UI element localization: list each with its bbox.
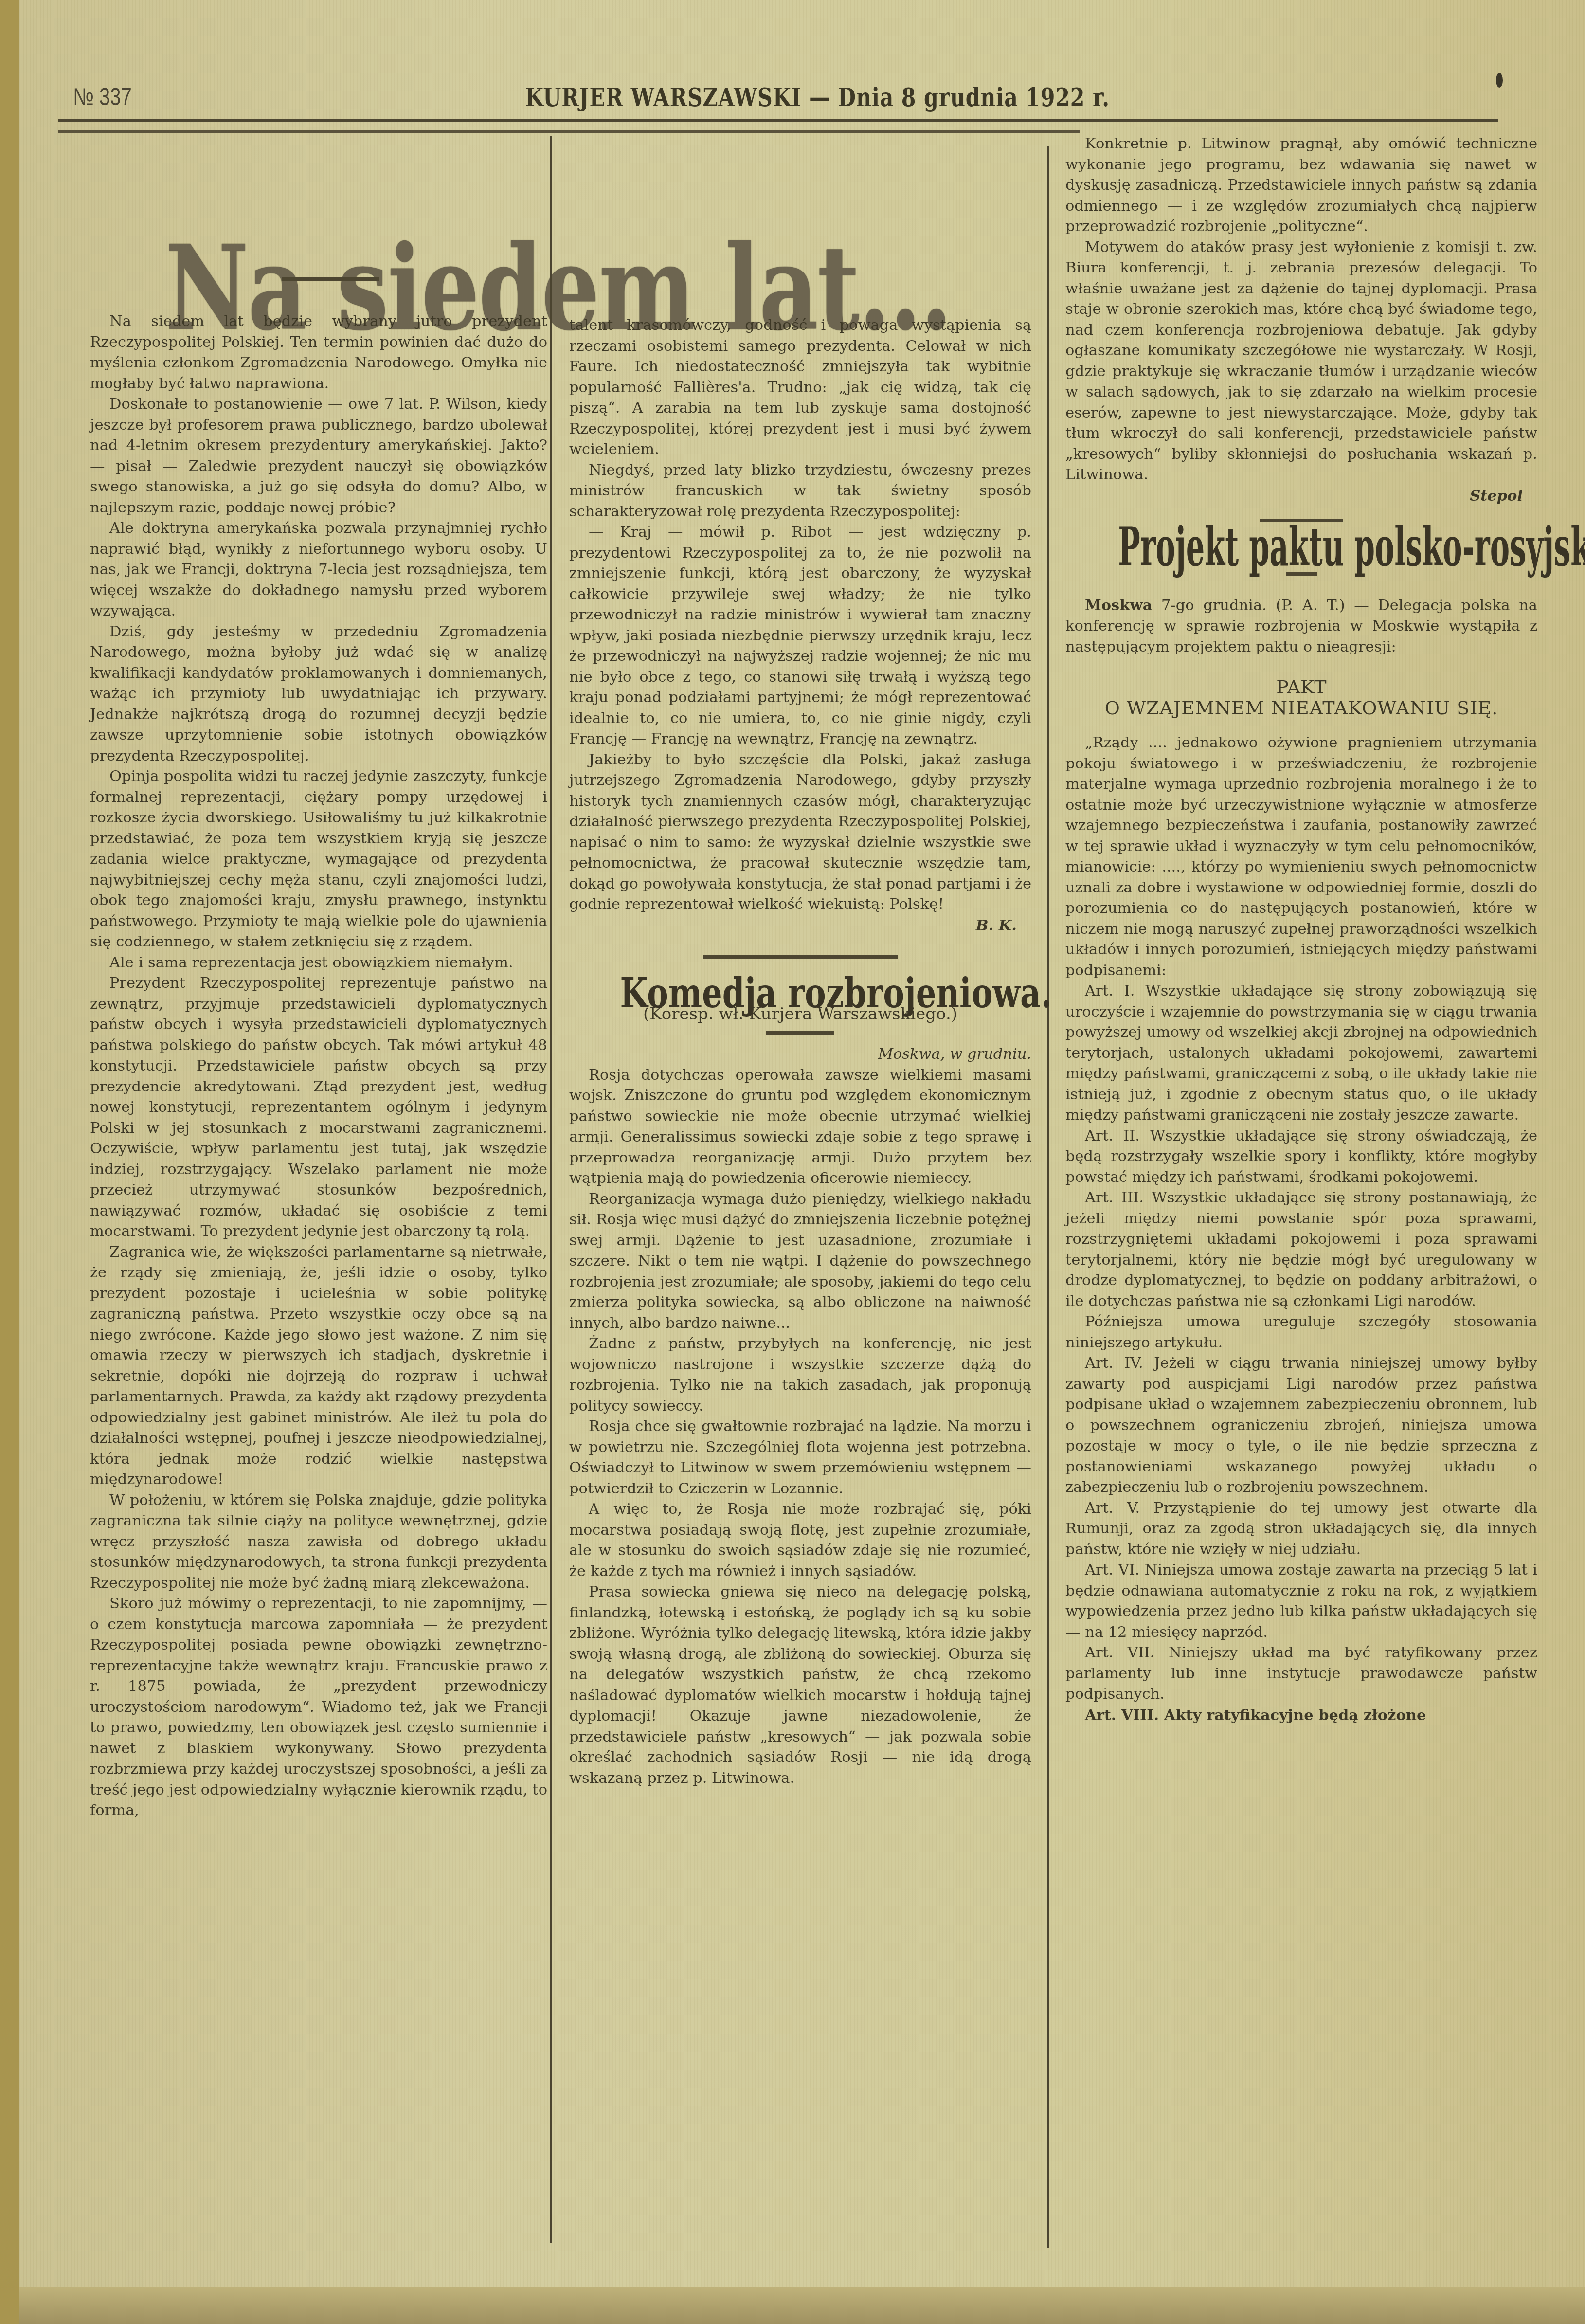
signature-stepol: Stepol	[1065, 486, 1537, 507]
projekt-headline: Projekt paktu polsko-rosyjskiego.	[1118, 537, 1485, 558]
signature-bk: B. K.	[569, 915, 1031, 936]
paragraph: Na siedem lat będzie wybrany jutro prezy…	[90, 311, 547, 394]
pact-subtitle: O WZAJEMNEM NIEATAKOWANIU SIĘ.	[1065, 698, 1537, 719]
paragraph: — Kraj — mówił p. Ribot — jest wdzięczny…	[569, 522, 1031, 750]
pact-article: Art. I. Wszystkie układające się strony …	[1065, 981, 1537, 1126]
pact-article: Art. V. Przystąpienie do tej umowy jest …	[1065, 1498, 1537, 1561]
paragraph: Ale i sama reprezentacja jest obowiązkie…	[90, 953, 547, 974]
page-bottom-edge	[19, 2287, 1585, 2324]
pact-article: Art. VIII. Akty ratyfikacyjne będą złożo…	[1065, 1705, 1537, 1726]
paragraph: W położeniu, w którem się Polska znajduj…	[90, 1490, 547, 1594]
paragraph: Doskonałe to postanowienie — owe 7 lat. …	[90, 394, 547, 518]
komedja-dateline: Moskwa, w grudniu.	[569, 1044, 1031, 1065]
pact-article: Art. II. Wszystkie układające się strony…	[1065, 1126, 1537, 1188]
paragraph: Konkretnie p. Litwinow pragnął, aby omów…	[1065, 134, 1537, 237]
pact-article: Późniejsza umowa ureguluje szczegóły sto…	[1065, 1312, 1537, 1353]
paragraph: Żadne z państw, przybyłych na konferencj…	[569, 1334, 1031, 1416]
paragraph: Rosja chce się gwałtownie rozbrajać na l…	[569, 1416, 1031, 1499]
issue-number: № 337	[73, 83, 132, 111]
section-divider	[703, 955, 898, 959]
ink-dot	[1496, 73, 1503, 88]
masthead-rule-secondary	[58, 130, 1080, 133]
paragraph: A więc to, że Rosja nie może rozbrajać s…	[569, 1499, 1031, 1582]
column-divider-2	[1047, 146, 1049, 2248]
pact-article: Art. III. Wszystkie układające się stron…	[1065, 1188, 1537, 1312]
paragraph: Opinja pospolita widzi tu raczej jedynie…	[90, 766, 547, 953]
paragraph: Jakieżby to było szczęście dla Polski, j…	[569, 750, 1031, 915]
column-divider-1	[550, 136, 552, 2243]
paragraph: Dziś, gdy jesteśmy w przededniu Zgromadz…	[90, 622, 547, 767]
pact-article: Art. VII. Niniejszy układ ma być ratyfik…	[1065, 1643, 1537, 1705]
newspaper-page: № 337 KURJER WARSZAWSKI — Dnia 8 grudnia…	[19, 0, 1585, 2324]
column-2: talent krasomówczy, godność i powaga wys…	[569, 315, 1031, 1789]
paragraph: Prasa sowiecka gniewa się nieco na deleg…	[569, 1582, 1031, 1789]
paragraph: Zagranica wie, że większości parlamentar…	[90, 1242, 547, 1490]
byline-divider	[766, 1031, 834, 1035]
paragraph: Motywem do ataków prasy jest wyłonienie …	[1065, 237, 1537, 486]
komedja-headline: Komedja rozbrojeniowa.	[620, 983, 981, 1004]
masthead-title: KURJER WARSZAWSKI — Dnia 8 grudnia 1922 …	[525, 83, 1110, 112]
pact-article: Art. VI. Niniejsza umowa zostaje zawarta…	[1065, 1560, 1537, 1643]
lead-place: Moskwa	[1085, 597, 1152, 614]
paragraph: Reorganizacja wymaga dużo pieniędzy, wie…	[569, 1189, 1031, 1334]
masthead-rule	[58, 119, 1498, 122]
pact-preamble: „Rządy .... jednakowo ożywione pragnieni…	[1065, 733, 1537, 981]
headline-divider	[282, 277, 379, 281]
pact-title: PAKT	[1065, 677, 1537, 698]
paragraph: Skoro już mówimy o reprezentacji, to nie…	[90, 1594, 547, 1821]
column-3: Konkretnie p. Litwinow pragnął, aby omów…	[1065, 134, 1537, 1725]
paragraph: Rosja dotychczas operowała zawsze wielki…	[569, 1065, 1031, 1189]
paragraph: Niegdyś, przed laty blizko trzydziestu, …	[569, 460, 1031, 523]
column-1: Na siedem lat będzie wybrany jutro prezy…	[90, 311, 547, 1821]
pact-article: Art. IV. Jeżeli w ciągu trwania niniejsz…	[1065, 1353, 1537, 1498]
paragraph: talent krasomówczy, godność i powaga wys…	[569, 315, 1031, 460]
paragraph: Prezydent Rzeczypospolitej reprezentuje …	[90, 973, 547, 1242]
paragraph: Ale doktryna amerykańska pozwala przynaj…	[90, 518, 547, 622]
masthead: № 337 KURJER WARSZAWSKI — Dnia 8 grudnia…	[49, 73, 1498, 127]
